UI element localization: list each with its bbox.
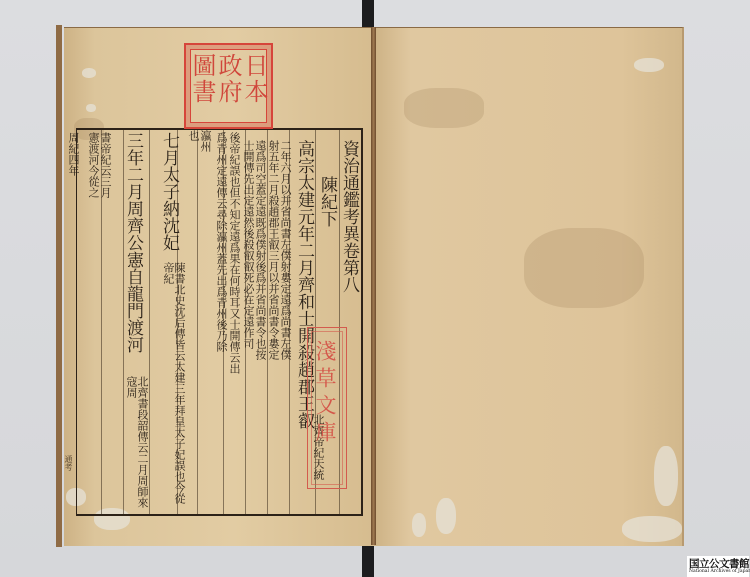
note-3a: 遠爲司空蓋定遠既爲僕射後爲并省尚書令也按 — [255, 140, 266, 360]
right-page — [374, 27, 684, 546]
note-4b: 爲青州定遠傳云尋除瀛州蓋先出爲青州後乃除 — [216, 132, 227, 352]
book-clip-bottom — [362, 545, 374, 577]
note-4a: 後帝紀誤也但不知定遠爲果在何時耳又士開傳云出 — [229, 132, 240, 374]
book-spine-edge — [56, 25, 62, 547]
column-rule — [197, 130, 198, 514]
chapter-heading: 陳紀下 — [318, 176, 335, 227]
seal-nihon-seifu-tosho: 日本 政府 圖書 — [184, 43, 273, 129]
book-title: 資治通鑑考異卷第八 — [340, 140, 357, 293]
stain — [524, 228, 644, 308]
note-5b: 也 — [188, 130, 199, 141]
seal-line-1: 日本 — [242, 53, 266, 105]
note-9: 周紀四年 — [68, 132, 79, 176]
book-gutter — [371, 27, 376, 545]
paper-damage — [86, 104, 96, 112]
paper-damage — [654, 446, 678, 506]
note-7: 北齊書段韶傳云二月周師來寇周 — [126, 376, 148, 512]
main-entry-3: 三年二月周齊公憲自龍門渡河 — [124, 132, 141, 353]
seal-line-2: 政府 — [216, 53, 240, 105]
note-6: 陳書北史沈后傳皆云太建三年拜皇太子妃誤也今從帝紀 — [163, 262, 185, 512]
note-2b: 射五年二月殺趙郡王叡三月以并省尚書令婁定 — [268, 140, 279, 360]
margin-label: 通考 — [64, 455, 72, 471]
column-rule — [149, 130, 150, 514]
note-8a: 書帝紀云三月 — [100, 132, 111, 198]
stain — [404, 88, 484, 128]
note-2a: 二年六月以并省尚書左僕射婁定遠爲尚書左僕 — [280, 140, 291, 360]
seal-line-3: 圖書 — [190, 53, 214, 105]
paper-damage — [412, 513, 426, 537]
note-8b: 憲渡河今從之 — [88, 132, 99, 198]
paper-damage — [634, 58, 664, 72]
watermark-english: National Archives of Japan — [689, 569, 750, 574]
archive-watermark: 国立公文書館 National Archives of Japan — [687, 556, 749, 577]
paper-damage — [82, 68, 96, 78]
note-3b: 士開傳先出定遠然後殺叡叡死必在定遠作司 — [243, 140, 254, 349]
paper-damage — [436, 498, 456, 534]
main-entry-2: 七月太子納沈妃 — [160, 132, 177, 251]
seal-asakusa-bunko: 淺草文庫 — [307, 327, 347, 489]
seal-text: 淺草文庫 — [314, 340, 335, 448]
note-5a: 瀛州 — [200, 130, 211, 152]
paper-damage — [622, 516, 682, 542]
